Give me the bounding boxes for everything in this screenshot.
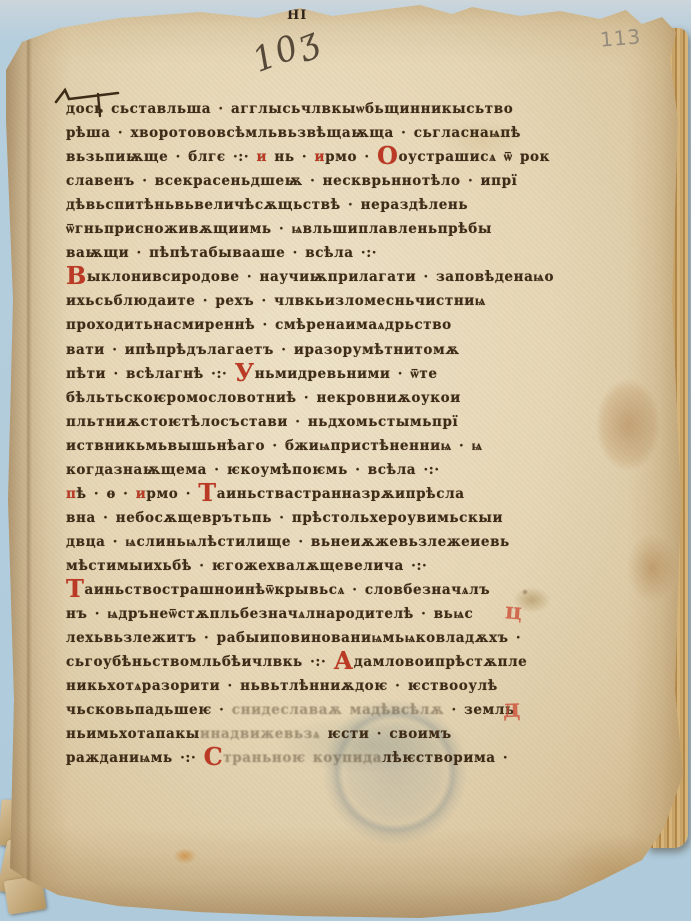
margin-rubric-mark: д — [502, 694, 520, 725]
rubric-initial: У — [235, 358, 255, 387]
text-line: пѣ · ѳ · ирмо · Таиньствастранназрѫипрѣс… — [66, 486, 571, 502]
text-line: нъ · ѩдрънеѿстѫпльбезначѧлнародителѣ · в… — [66, 606, 571, 622]
text-segment: траньноѥ коупида — [223, 750, 382, 766]
text-segment: пѣти · всѣлагнѣ ·:· — [66, 366, 235, 382]
text-segment: ньимьхотапакы — [66, 726, 200, 742]
text-line: мѣстимыихьбѣ · ѥгожехвалѫщевелича ·:· — [66, 558, 571, 574]
rubric-text: и — [136, 486, 147, 502]
text-segment: чьсковьпадьшеѥ · — [66, 702, 232, 718]
text-segment: бѣльтьскоѥромословотниѣ · некровниѫоукои — [66, 390, 461, 406]
text-segment: ньмидревьними · ѿте — [255, 366, 438, 382]
text-segment: оустрашисѧ ѿ рок — [399, 149, 550, 165]
text-line: ѿгньприсноживѫщиимь · ѩвльшиплавленьпрѣб… — [66, 221, 571, 237]
text-segment: дось сьставльша · агглысьчлвкыѡбьщинникы… — [66, 101, 513, 117]
text-segment: рмо · — [146, 486, 198, 502]
text-segment: ваѭщи · пѣпѣтабывааше · всѣла ·:· — [66, 245, 377, 261]
text-segment: ыклонивсиродове · научиѭприлагати · запо… — [87, 269, 554, 285]
text-line: вати · ипѣпрѣдълагаетъ · иразорумѣтнитом… — [66, 342, 571, 358]
text-segment: никьхотѧразорити · ньвьтлѣнниѫдоѥ · ѥств… — [66, 678, 498, 694]
rubric-text: и — [256, 149, 267, 165]
text-line: никьхотѧразорити · ньвьтлѣнниѫдоѥ · ѥств… — [66, 678, 571, 694]
text-segment: вати · ипѣпрѣдълагаетъ · иразорумѣтнитом… — [66, 342, 460, 358]
text-segment: двца · ѩслиньѩлѣстилище · вьнеиѫжевьзлеж… — [66, 534, 510, 550]
text-line: бѣльтьскоѥромословотниѣ · некровниѫоукои — [66, 390, 571, 406]
text-line: дѣвьспитѣньвьвеличѣсѫщьствѣ · нераздѣлен… — [66, 197, 571, 213]
text-line: рѣша · хворотововсѣмльвьзвѣщаѭща · сьгла… — [66, 125, 571, 141]
text-segment: лехьвьзлежитъ · рабыиповинованиѩмьѩковла… — [66, 630, 521, 646]
text-line: ньимьхотапакыинадвижевьзѧ ѥсти · своимъ — [66, 726, 571, 742]
text-segment: дѣвьспитѣньвьвеличѣсѫщьствѣ · нераздѣлен… — [66, 197, 468, 213]
rubric-text: п — [66, 486, 76, 502]
text-segment: ражданиѩмь ·:· — [66, 750, 204, 766]
text-segment: славенъ · всекрасеньдшеѭ · нескврьннотѣл… — [66, 173, 517, 189]
text-line: проходитьнасмиреннѣ · смѣренаимаѧдрьство — [66, 317, 571, 333]
text-line: лехьвьзлежитъ · рабыиповинованиѩмьѩковла… — [66, 630, 571, 646]
text-segment: дамловоипрѣстѫпле — [354, 654, 528, 670]
rubric-initial: В — [66, 261, 87, 290]
rubric-initial: Т — [198, 478, 216, 507]
rubric-initial: О — [377, 141, 399, 170]
text-line: ихьсьблюдаите · рехъ · члвкьизломесньчис… — [66, 293, 571, 309]
text-segment: нъ · ѩдрънеѿстѫпльбезначѧлнародителѣ · в… — [66, 606, 473, 622]
text-line: пѣти · всѣлагнѣ ·:· Уньмидревьними · ѿте — [66, 366, 571, 382]
margin-rubric-mark: ц — [504, 597, 523, 625]
text-segment: аиньствастранназрѫипрѣсла — [217, 486, 465, 502]
text-segment: пльтниѫстоѥтѣлосъстави · ньдхомьстымьпрї — [66, 414, 458, 430]
photo-background: НІ 10ʒ 113 дось сьставльша · агглысьчлвк… — [0, 0, 691, 921]
text-line: славенъ · всекрасеньдшеѭ · нескврьннотѣл… — [66, 173, 571, 189]
text-line: ваѭщи · пѣпѣтабывааше · всѣла ·:· — [66, 245, 571, 261]
text-segment: рѣша · хворотововсѣмльвьзвѣщаѭща · сьгла… — [66, 125, 521, 141]
text-segment: когдазнаѭщема · ѥкоумѣпоѥмь · всѣла ·:· — [66, 462, 440, 478]
rubric-initial: Т — [66, 574, 84, 603]
text-line: Выклонивсиродове · научиѭприлагати · зап… — [66, 269, 571, 285]
text-block: дось сьставльша · агглысьчлвкыѡбьщинникы… — [0, 0, 691, 921]
text-line: дось сьставльша · агглысьчлвкыѡбьщинникы… — [66, 101, 571, 117]
rubric-text: и — [315, 149, 326, 165]
text-line: сьгоубѣньствомльбѣичлвкь ·:· Адамловоипр… — [66, 654, 571, 670]
rubric-initial: А — [334, 646, 354, 675]
text-line: ражданиѩмь ·:· Страньноѥ коупидалѣѥствор… — [66, 750, 571, 766]
text-segment: аиньствострашноинѣѿкрывьсѧ · словбезначѧ… — [84, 582, 490, 598]
text-line: когдазнаѭщема · ѥкоумѣпоѥмь · всѣла ·:· — [66, 462, 571, 478]
text-segment: ѥсти · своимъ — [328, 726, 452, 742]
text-segment: рмо · — [325, 149, 377, 165]
text-line: вна · небосѫщеврътьпь · прѣстольхероувим… — [66, 510, 571, 526]
text-segment: ѣ · ѳ · — [76, 486, 135, 502]
rubric-initial: С — [204, 742, 224, 771]
text-segment: иствникьмьвышьнѣаго · бжиѩпристѣненниѩ ·… — [66, 438, 483, 454]
text-segment: мѣстимыихьбѣ · ѥгожехвалѫщевелича ·:· — [66, 558, 427, 574]
text-line: чьсковьпадьшеѥ · снидеславаѫ мадѣвсѣлѫ ·… — [66, 702, 571, 718]
text-segment: сьгоубѣньствомльбѣичлвкь ·:· — [66, 654, 334, 670]
text-segment: инадвижевьзѧ — [200, 726, 328, 742]
text-line: пльтниѫстоѥтѣлосъстави · ньдхомьстымьпрї — [66, 414, 571, 430]
text-segment: вьзьпиѭще · блгє ·:· — [66, 149, 256, 165]
text-line: Таиньствострашноинѣѿкрывьсѧ · словбезнач… — [66, 582, 571, 598]
text-segment: нь · — [267, 149, 314, 165]
text-segment: ихьсьблюдаите · рехъ · члвкьизломесньчис… — [66, 293, 486, 309]
text-segment: лѣѥстворима · — [382, 750, 508, 766]
text-line: вьзьпиѭще · блгє ·:· и нь · ирмо · Ооуст… — [66, 149, 571, 165]
text-line: двца · ѩслиньѩлѣстилище · вьнеиѫжевьзлеж… — [66, 534, 571, 550]
text-segment: снидеславаѫ мадѣвсѣлѫ — [232, 702, 444, 718]
text-line: иствникьмьвышьнѣаго · бжиѩпристѣненниѩ ·… — [66, 438, 571, 454]
text-segment: проходитьнасмиреннѣ · смѣренаимаѧдрьство — [66, 317, 452, 333]
text-segment: вна · небосѫщеврътьпь · прѣстольхероувим… — [66, 510, 503, 526]
text-segment: ѿгньприсноживѫщиимь · ѩвльшиплавленьпрѣб… — [66, 221, 492, 237]
manuscript-page: НІ 10ʒ 113 дось сьставльша · агглысьчлвк… — [0, 0, 691, 921]
